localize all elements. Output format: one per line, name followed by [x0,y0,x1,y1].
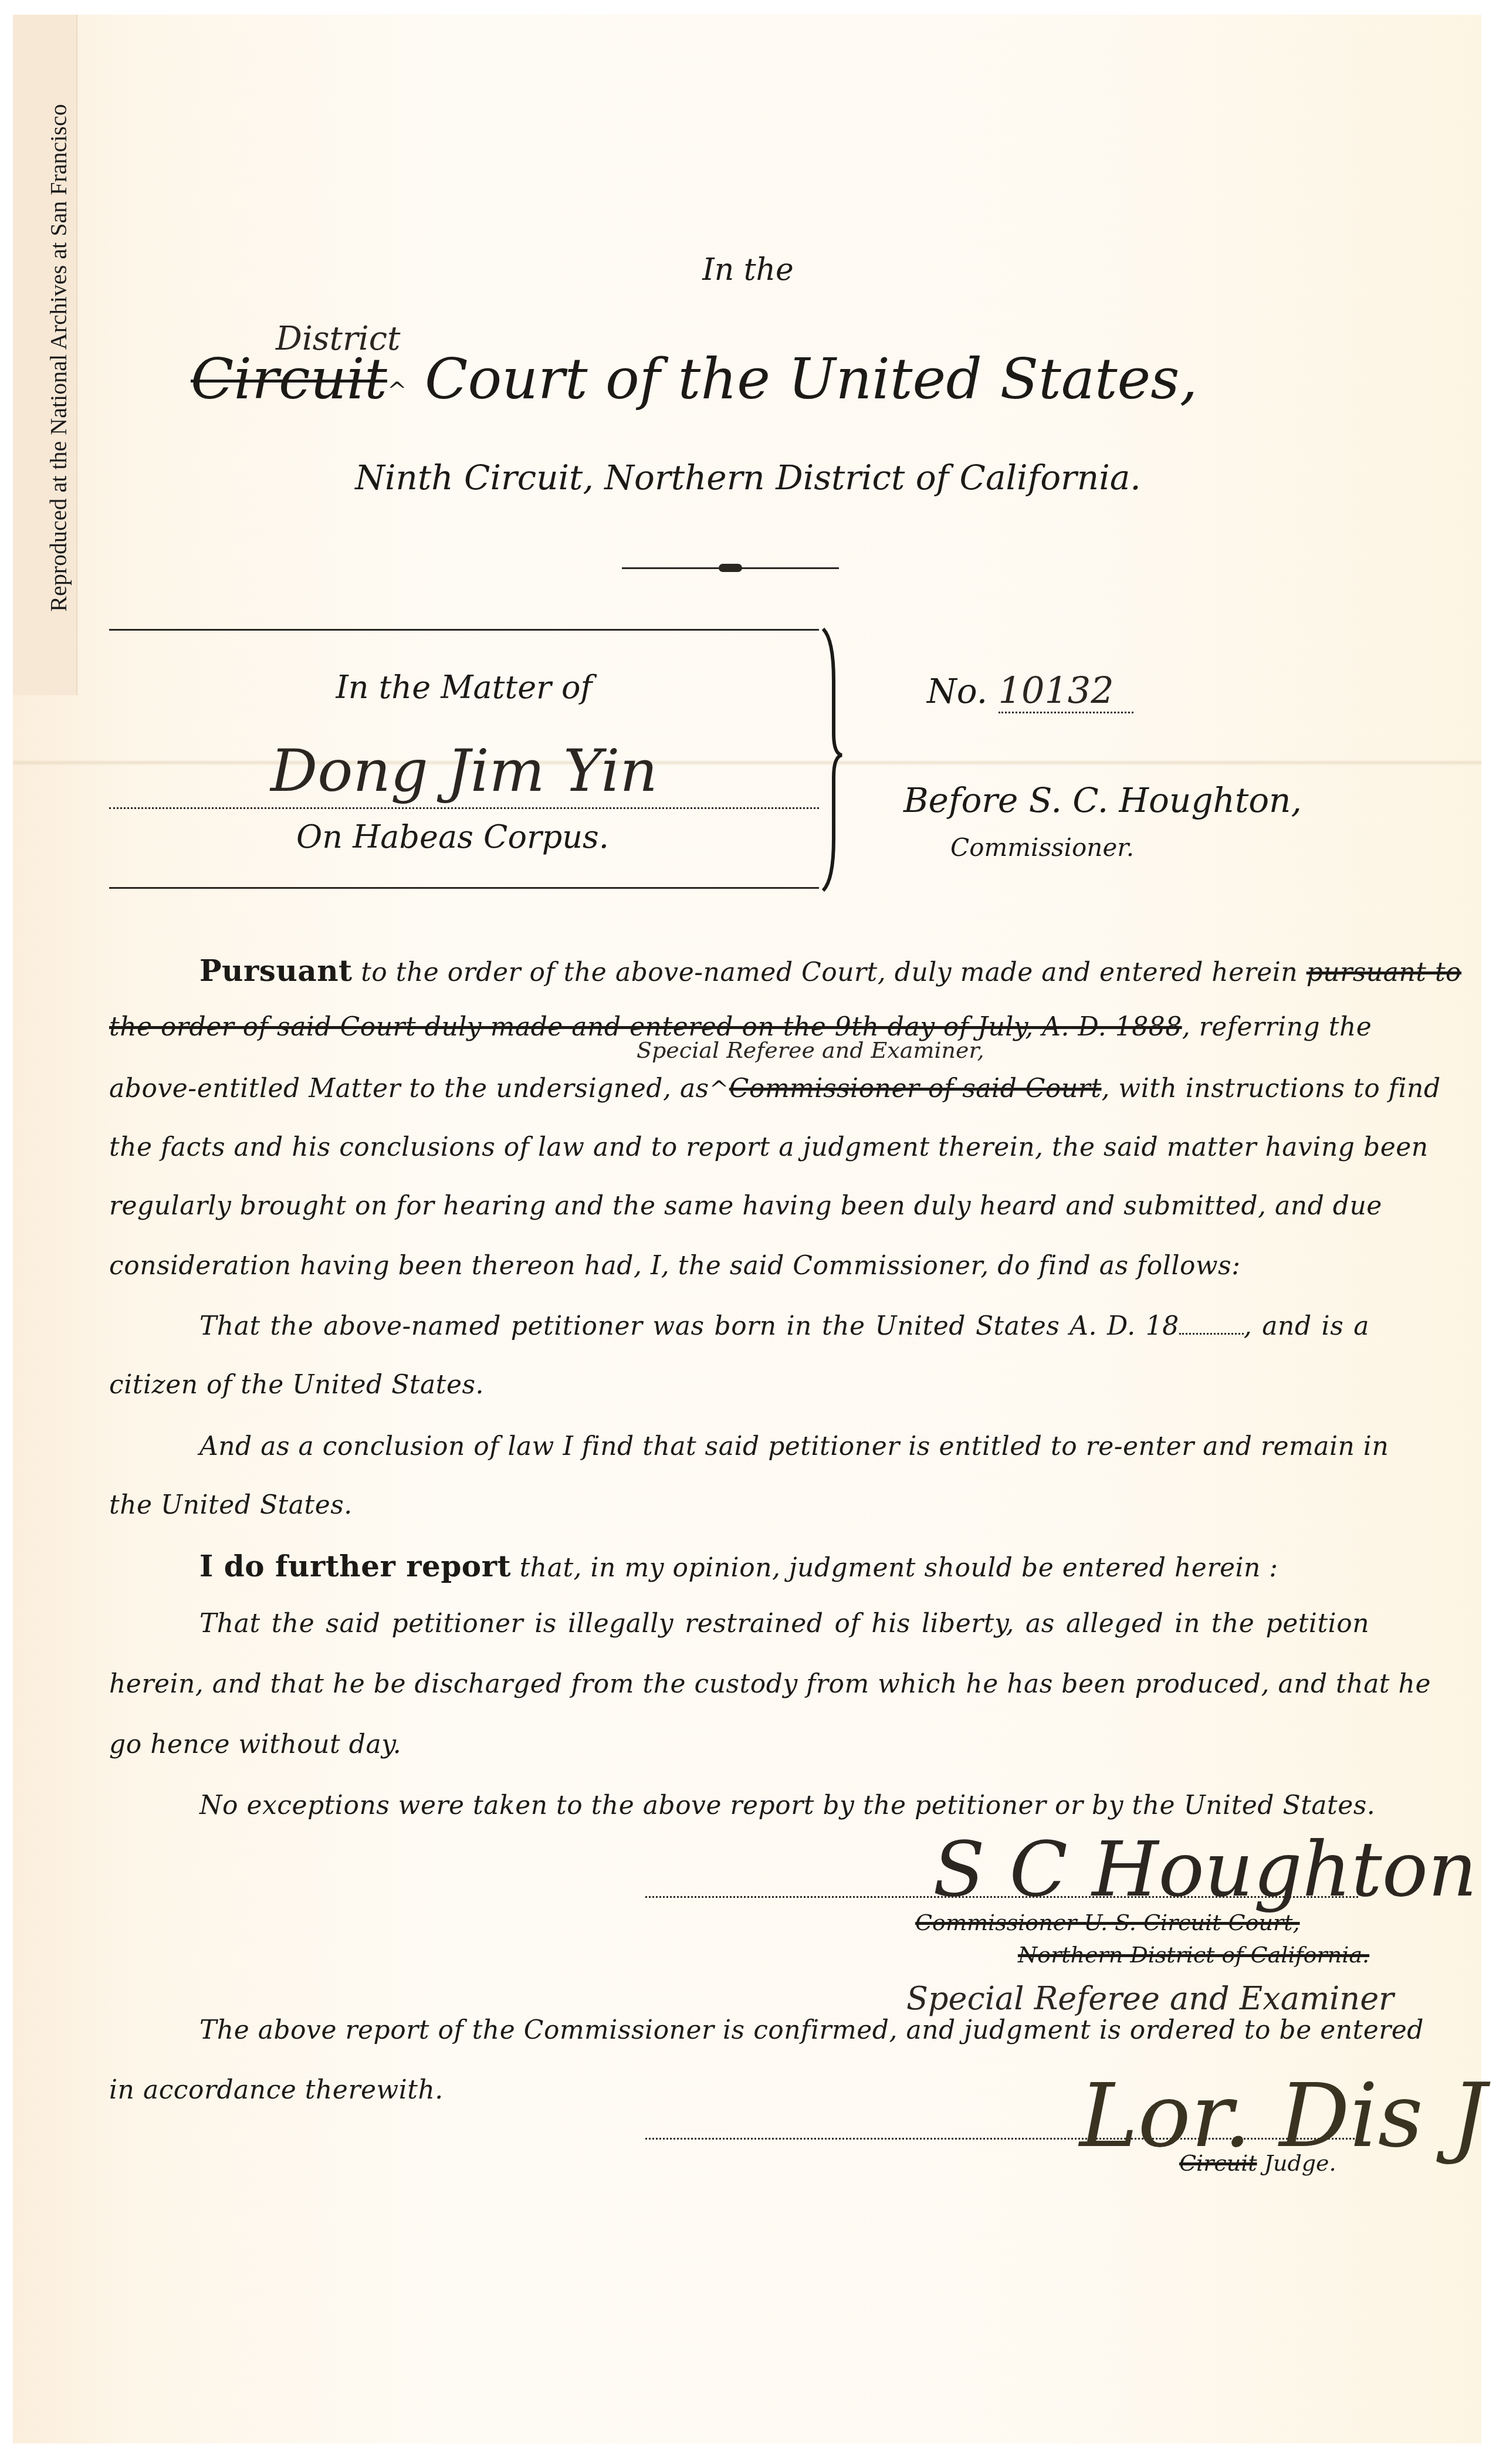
on-habeas-corpus: On Habeas Corpus. [296,818,609,855]
birth-year-blank [1179,1333,1244,1335]
p2-line1: That the above-named petitioner was born… [199,1311,1369,1341]
caption-bottom-rule [109,887,819,889]
p5-line2: herein, and that he be discharged from t… [109,1669,1369,1699]
case-number: No. 10132 [927,669,1133,713]
judge-label: Judge. [1264,2150,1336,2176]
archive-stamp-strip: Reproduced at the National Archives at S… [13,15,77,695]
confirmation-line1: The above report of the Commissioner is … [199,2015,1369,2045]
p1-line1-struck: pursuant to [1307,957,1461,987]
court-title-text: Court of the United States, [425,346,1197,412]
petitioner-name-line [109,807,819,809]
p4-rest: that, in my opinion, judgment should be … [520,1553,1278,1583]
p4-line: I do further report that, in my opinion,… [199,1549,1369,1583]
p1-line6: consideration having been thereon had, I… [109,1251,1369,1281]
struck-circuit-judge: Circuit [1179,2150,1257,2176]
case-number-value: 10132 [999,669,1133,713]
p1-line1: Pursuant to the order of the above-named… [199,953,1369,988]
p1-line4: the facts and his conclusions of law and… [109,1132,1369,1162]
p3-line1: And as a conclusion of law I find that s… [199,1431,1369,1461]
p2-line1-b: , and is a [1244,1311,1369,1341]
p5-line1: That the said petitioner is illegally re… [199,1609,1369,1639]
judge-title: Circuit Judge. [1179,2150,1336,2176]
pursuant-lead: Pursuant [199,953,353,988]
struck-circuit: Circuit [191,346,387,412]
p1-insertion: Special Referee and Examiner, [637,1037,984,1063]
p1-line2-text: , referring the [1182,1012,1372,1042]
struck-commissioner-title: Commissioner U. S. Circuit Court, [915,1910,1300,1935]
p1-line1-text: to the order of the above-named Court, d… [361,957,1298,987]
insertion-caret: ^ [709,1076,729,1103]
court-title: Circuit^ Court of the United States, [191,346,1197,412]
p6-line1: No exceptions were taken to the above re… [199,1791,1369,1820]
p1-line3-struck: Commissioner of said Court [729,1074,1102,1104]
divider-ornament-icon [719,564,742,572]
petitioner-name: Dong Jim Yin [109,736,819,805]
p1-line3-text-b: , with instructions to find [1102,1074,1441,1104]
p1-line3: above-entitled Matter to the undersigned… [109,1074,1369,1104]
before-commissioner: Before S. C. Houghton, [903,780,1302,820]
commissioner-signature: S C Houghton [933,1825,1477,1914]
district-line: Ninth Circuit, Northern District of Cali… [0,458,1496,497]
p3-line2: the United States. [109,1490,1369,1520]
brace-icon [818,628,854,892]
commissioner-label: Commissioner. [950,833,1134,862]
inserted-referee-title: Special Referee and Examiner [906,1980,1394,2017]
p2-line2: citizen of the United States. [109,1370,1369,1400]
in-the-matter-of: In the Matter of [109,669,819,706]
further-report-lead: I do further report [199,1549,511,1583]
p5-line3: go hence without day. [109,1729,1369,1759]
archive-stamp-text: Reproduced at the National Archives at S… [45,104,72,611]
p2-line1-a: That the above-named petitioner was born… [199,1311,1179,1341]
case-number-label: No. [927,671,987,711]
struck-district-title: Northern District of California. [1018,1942,1369,1968]
p1-line3-text-a: above-entitled Matter to the undersigned… [109,1074,709,1104]
p1-line5: regularly brought on for hearing and the… [109,1191,1369,1221]
caption-top-rule [109,629,819,631]
header-in-the: In the [0,252,1496,287]
insertion-caret: ^ [387,377,407,404]
